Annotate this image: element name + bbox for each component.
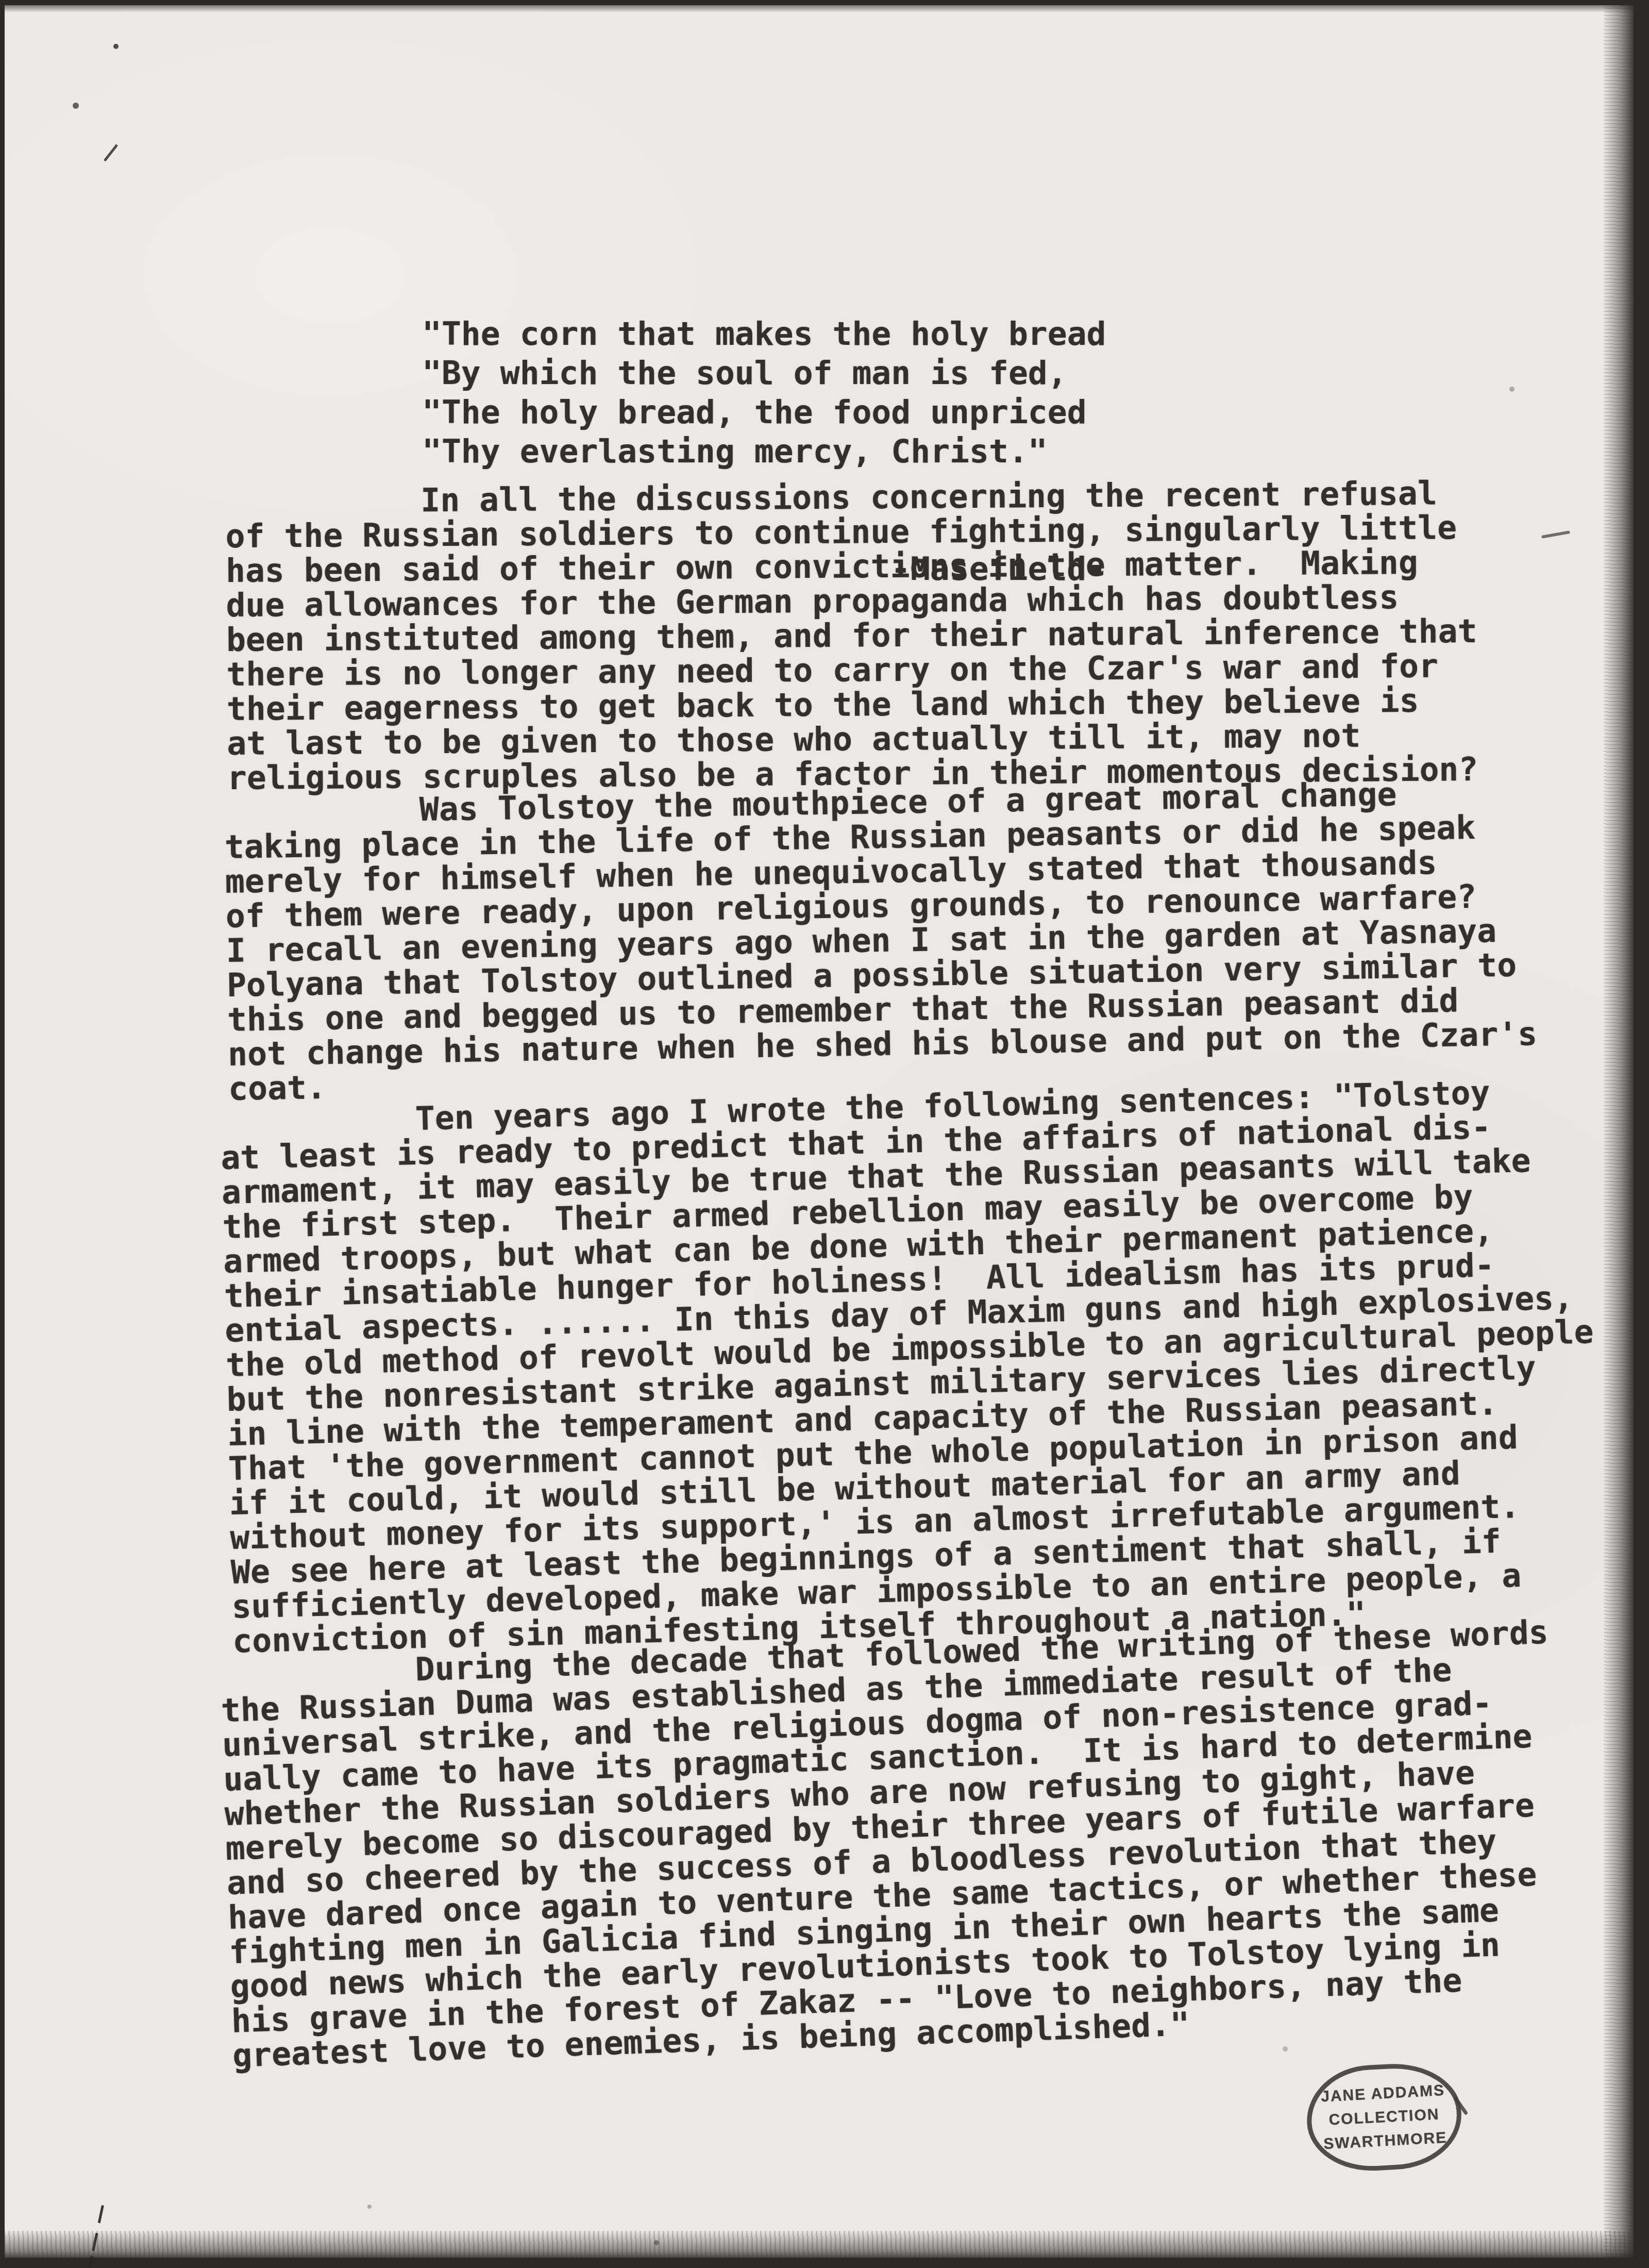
scan-edge-right xyxy=(1604,5,1634,2258)
paragraph-2: Was Tolstoy the mouthpiece of a great mo… xyxy=(224,775,1538,1106)
scanned-document: "The corn that makes the holy bread"By w… xyxy=(0,0,1649,2268)
text-line: "By which the soul of man is fed, xyxy=(422,354,1106,393)
margin-dash-mark xyxy=(1541,530,1570,539)
collection-stamp: JANE ADDAMSCOLLECTIONSWARTHMORE xyxy=(1304,2060,1464,2174)
poem-lines: "The corn that makes the holy bread"By w… xyxy=(422,314,1106,471)
scan-edge-bottom xyxy=(5,2231,1634,2258)
text-line: "Thy everlasting mercy, Christ." xyxy=(422,432,1106,471)
paragraph-1: In all the discussions concerning the re… xyxy=(225,476,1478,795)
paragraph-4: During the decade that followed the writ… xyxy=(220,1615,1561,2073)
pencil-slash-mark xyxy=(104,144,119,162)
paper-sheet: "The corn that makes the holy bread"By w… xyxy=(5,5,1634,2258)
text-line: "The holy bread, the food unpriced xyxy=(422,393,1106,432)
text-line: "The corn that makes the holy bread xyxy=(422,314,1106,354)
paragraph-3: Ten years ago I wrote the following sent… xyxy=(220,1073,1601,1659)
scan-edge-top xyxy=(5,5,1634,12)
